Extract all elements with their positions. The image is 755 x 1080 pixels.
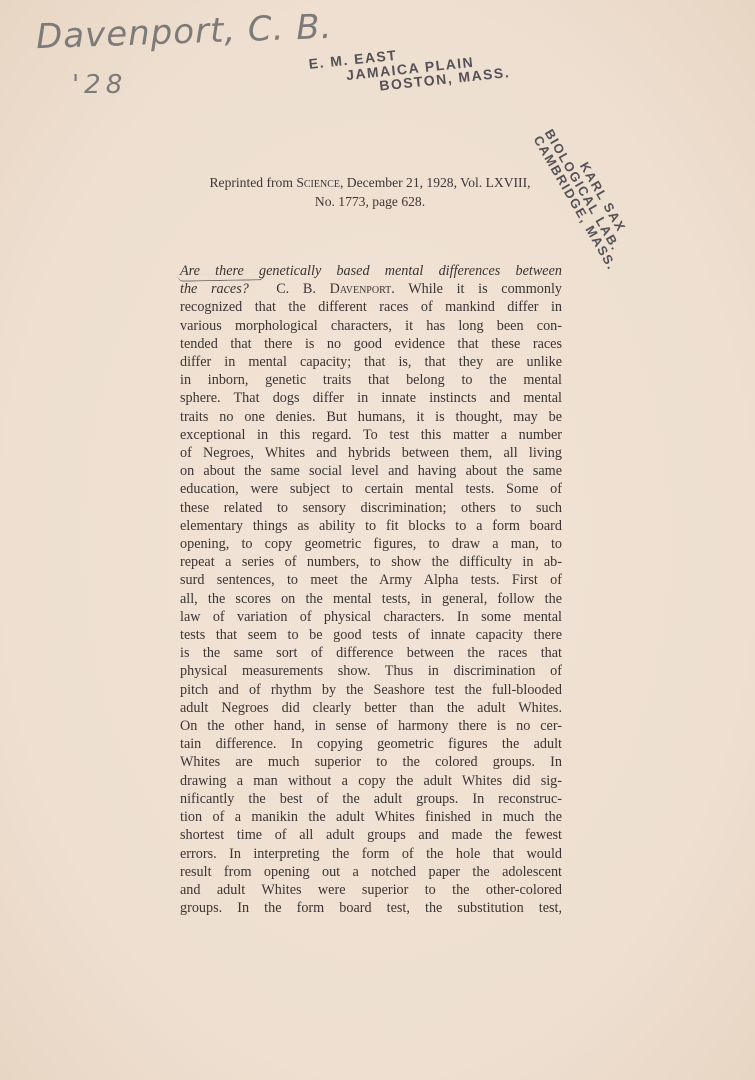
document-page: Davenport, C. B. '28 E. M. EAST JAMAICA … bbox=[0, 0, 755, 1080]
article-line: various morphological characters, it has… bbox=[180, 317, 562, 335]
article-line: tion of a manikin the adult Whites finis… bbox=[180, 808, 562, 826]
article-line: errors. In interpreting the form of the … bbox=[180, 845, 562, 863]
article-line: surd sentences, to meet the Army Alpha t… bbox=[180, 571, 562, 589]
article-line: groups. In the form board test, the subs… bbox=[180, 899, 562, 917]
handwritten-number: '28 bbox=[72, 70, 127, 100]
article-line: pitch and of rhythm by the Seashore test… bbox=[180, 681, 562, 699]
article-lines: recognized that the different races of m… bbox=[180, 298, 562, 917]
article-title-end: the races? bbox=[180, 281, 249, 297]
article-line: adult Negroes did clearly better than th… bbox=[180, 699, 562, 717]
article-line: of Negroes, Whites and hybrids between t… bbox=[180, 444, 562, 462]
article-line: law of variation of physical characters.… bbox=[180, 608, 562, 626]
article-line: all, the scores on the mental tests, in … bbox=[180, 590, 562, 608]
article-line: repeat a series of numbers, to show the … bbox=[180, 553, 562, 571]
article-line: exceptional in this regard. To test this… bbox=[180, 426, 562, 444]
journal-name: Science bbox=[296, 175, 340, 190]
article-line: drawing a man without a copy the adult W… bbox=[180, 772, 562, 790]
article-line: on about the same social level and havin… bbox=[180, 462, 562, 480]
article-line: the races? C. B. Davenport. While it is … bbox=[180, 280, 562, 298]
article-line: and adult Whites were superior to the ot… bbox=[180, 881, 562, 899]
article-line-rest: . While it is commonly bbox=[391, 281, 562, 297]
article-line: nificantly the best of the adult groups.… bbox=[180, 790, 562, 808]
article-line: education, were subject to certain menta… bbox=[180, 480, 562, 498]
article-body: Are there genetically based mental diffe… bbox=[180, 262, 562, 917]
article-line: tests that seem to be good tests of inna… bbox=[180, 626, 562, 644]
article-line: differ in mental capacity; that is, that… bbox=[180, 353, 562, 371]
reprint-suffix: , December 21, 1928, Vol. LXVIII, bbox=[340, 175, 531, 190]
author-surname: Davenport bbox=[330, 281, 392, 297]
handwritten-author-name: Davenport, C. B. bbox=[35, 7, 333, 57]
article-line: these related to sensory discrimination;… bbox=[180, 499, 562, 517]
article-line: in inborn, genetic traits that belong to… bbox=[180, 371, 562, 389]
reprint-line-1: Reprinted from Science, December 21, 192… bbox=[170, 173, 570, 192]
article-line: tended that there is no good evidence th… bbox=[180, 335, 562, 353]
reprint-line-2: No. 1773, page 628. bbox=[170, 192, 570, 211]
article-line: tain difference. In copying geometric fi… bbox=[180, 735, 562, 753]
article-line: is the same sort of difference between t… bbox=[180, 644, 562, 662]
author-initials: C. B. bbox=[276, 281, 329, 297]
article-line: physical measurements show. Thus in disc… bbox=[180, 662, 562, 680]
east-library-stamp: E. M. EAST JAMAICA PLAIN BOSTON, MASS. bbox=[308, 36, 511, 101]
article-title: Are there genetically based mental diffe… bbox=[180, 262, 562, 280]
article-line: shortest time of all adult groups and ma… bbox=[180, 826, 562, 844]
article-line: sphere. That dogs differ in innate insti… bbox=[180, 389, 562, 407]
reprint-prefix: Reprinted from bbox=[209, 175, 296, 190]
article-line: Whites are much superior to the colored … bbox=[180, 753, 562, 771]
article-line: traits no one denies. But humans, it is … bbox=[180, 408, 562, 426]
article-line: elementary things as ability to fit bloc… bbox=[180, 517, 562, 535]
article-line: opening, to copy geometric figures, to d… bbox=[180, 535, 562, 553]
reprint-citation: Reprinted from Science, December 21, 192… bbox=[170, 173, 570, 211]
article-line: result from opening out a notched paper … bbox=[180, 863, 562, 881]
article-line: recognized that the different races of m… bbox=[180, 298, 562, 316]
article-line: On the other hand, in sense of harmony t… bbox=[180, 717, 562, 735]
